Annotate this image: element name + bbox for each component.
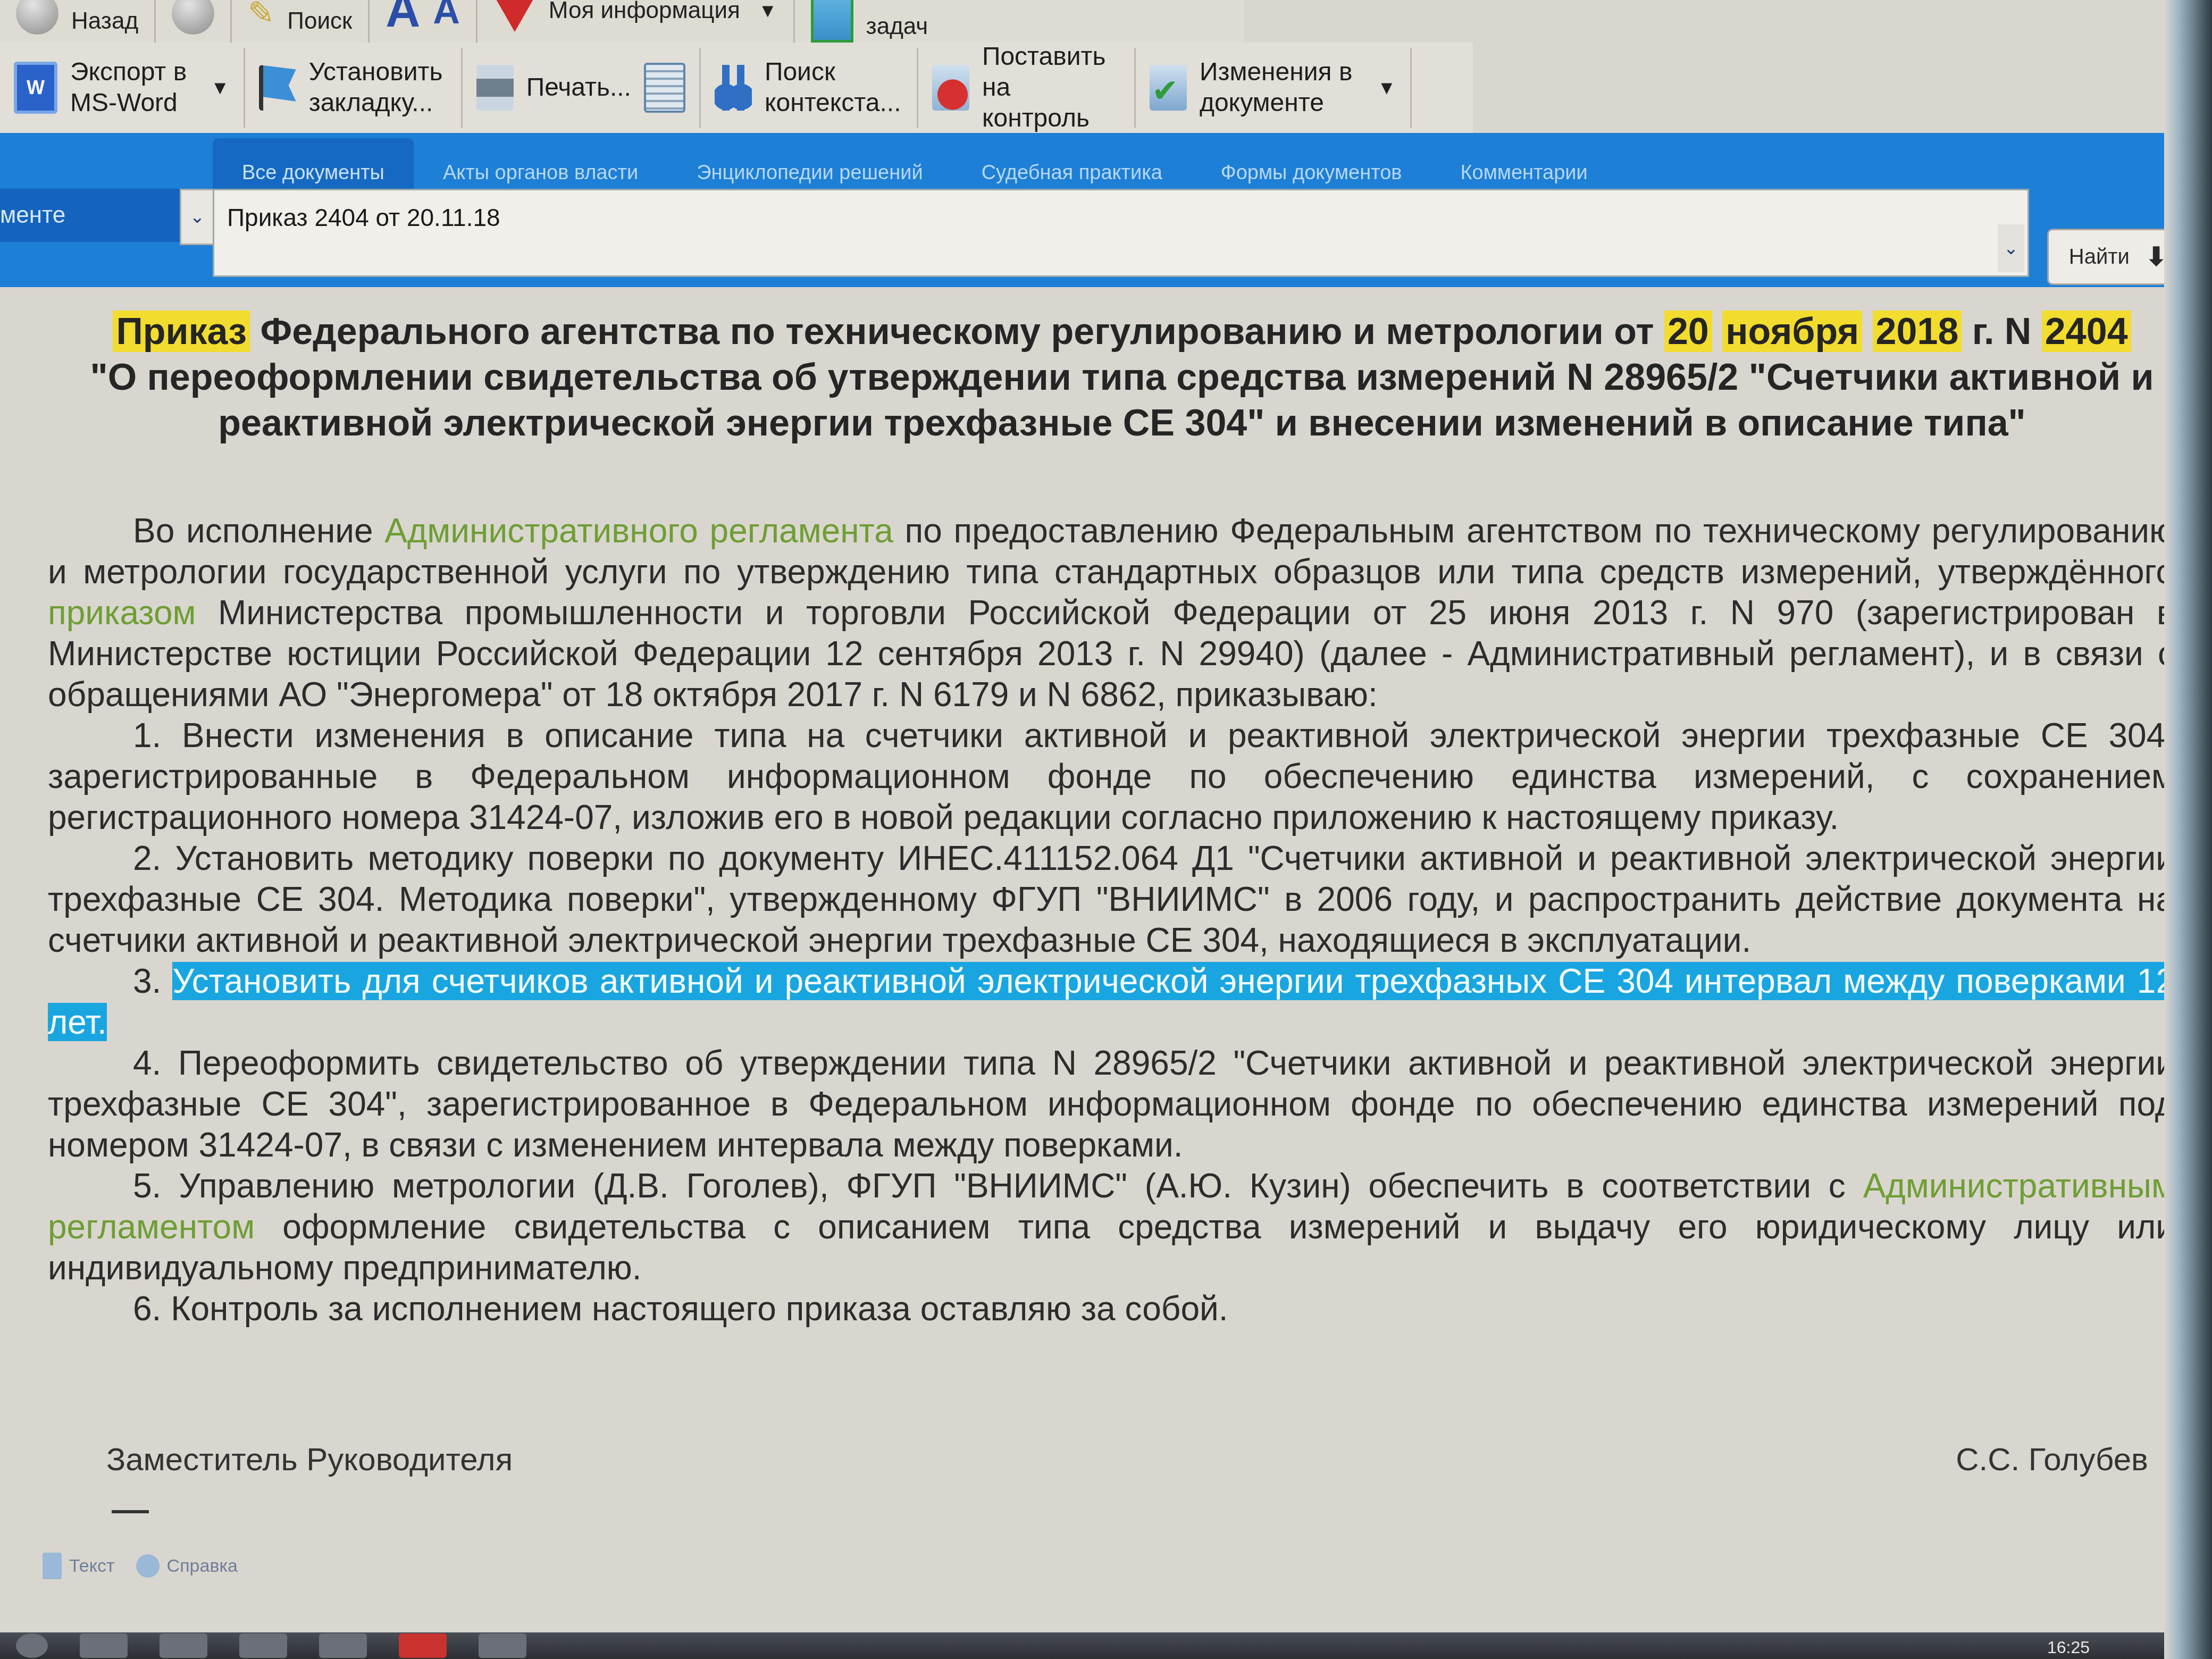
toolbar-top: Назад ✎ Поиск A A Моя информация ▼ задач — [0, 0, 1244, 46]
document-title: Приказ Федерального агентства по техниче… — [85, 308, 2159, 446]
print-button[interactable]: Печать... — [463, 48, 701, 128]
forward-icon — [172, 0, 214, 35]
document-changes-button[interactable]: Изменения в документе ▼ — [1136, 48, 1412, 128]
taskbar-app-explorer[interactable] — [160, 1633, 207, 1658]
context-search-button[interactable]: Поиск контекста... — [701, 48, 918, 128]
selected-text[interactable]: Установить для счетчиков активной и реак… — [48, 962, 2175, 1041]
item-1: 1. Внести изменения в описание типа на с… — [48, 715, 2175, 838]
put-on-control-button[interactable]: Поставить на контроль — [918, 48, 1136, 128]
binoculars-icon — [715, 65, 752, 111]
help-icon — [136, 1554, 160, 1578]
history-chevron-down-icon[interactable]: ⌄ — [1998, 224, 2024, 272]
tab-help[interactable]: Справка — [136, 1553, 238, 1579]
set-bookmark-button[interactable]: Установить закладку... — [245, 48, 463, 128]
document-view: Приказ Федерального агентства по техниче… — [32, 298, 2191, 1531]
forward-button[interactable] — [156, 0, 232, 43]
chevron-down-icon[interactable]: ▼ — [211, 72, 230, 103]
export-word-button[interactable]: W Экспорт в MS-Word ▼ — [0, 48, 245, 128]
back-button[interactable]: Назад — [0, 0, 156, 43]
taskbar-app-ie[interactable] — [80, 1633, 128, 1658]
back-icon — [16, 0, 58, 35]
tab-text[interactable]: Текст — [43, 1553, 115, 1579]
text-doc-icon — [43, 1553, 62, 1579]
item-4: 4. Переоформить свидетельство об утвержд… — [48, 1043, 2175, 1166]
search-button[interactable]: ✎ Поиск — [232, 0, 370, 43]
my-info-button[interactable]: Моя информация ▼ — [477, 0, 795, 43]
printer-icon — [476, 65, 514, 111]
scope-chevron-down-icon[interactable]: ⌄ — [180, 189, 215, 245]
bookmark-flag-icon — [259, 65, 296, 111]
item-3: 3. Установить для счетчиков активной и р… — [48, 961, 2175, 1043]
chevron-down-icon[interactable]: ▼ — [1377, 72, 1396, 103]
search-input[interactable]: Приказ 2404 от 20.11.18 ⌄ — [213, 189, 2029, 277]
item-6: 6. Контроль за исполнением настоящего пр… — [48, 1288, 2175, 1329]
preamble-paragraph: Во исполнение Административного регламен… — [48, 510, 2175, 715]
font-decrease-icon[interactable]: A — [433, 0, 460, 27]
font-increase-icon[interactable]: A — [386, 0, 420, 27]
task-panel-button[interactable]: задач — [795, 0, 944, 43]
control-alert-icon — [932, 65, 969, 111]
taskbar-app-pdf[interactable] — [399, 1633, 447, 1658]
document-body: Во исполнение Административного регламен… — [48, 510, 2175, 1329]
taskbar — [0, 1632, 2212, 1659]
taskbar-app-word[interactable] — [319, 1633, 367, 1658]
word-icon: W — [14, 62, 57, 114]
chevron-down-icon: ▼ — [758, 0, 777, 22]
bottom-tabs: Текст Справка — [43, 1553, 238, 1579]
changes-check-icon — [1150, 65, 1187, 111]
taskbar-app-browser[interactable] — [479, 1633, 526, 1658]
taskbar-app-folder[interactable] — [239, 1633, 287, 1658]
item-2: 2. Установить методику поверки по докуме… — [48, 838, 2175, 961]
item-5: 5. Управлению метрологии (Д.В. Гоголев),… — [48, 1166, 2175, 1288]
signer-position: Заместитель Руководителя — [106, 1441, 513, 1478]
signer-name: С.С. Голубев — [1956, 1441, 2148, 1478]
search-icon: ✎ — [248, 0, 274, 32]
monitor-bezel — [2164, 0, 2212, 1659]
separator-dash — [112, 1510, 149, 1513]
taskbar-clock: 16:25 — [2047, 1638, 2090, 1657]
heart-icon — [493, 0, 536, 32]
start-button[interactable] — [16, 1633, 48, 1658]
task-panel-icon — [811, 0, 853, 43]
order-link[interactable]: приказом — [48, 593, 196, 632]
preview-icon[interactable] — [644, 63, 685, 113]
admin-regulation-link[interactable]: Административного регламента — [384, 512, 893, 550]
toolbar-main: W Экспорт в MS-Word ▼ Установить закладк… — [0, 43, 1473, 135]
font-size-group: A A — [370, 0, 477, 43]
